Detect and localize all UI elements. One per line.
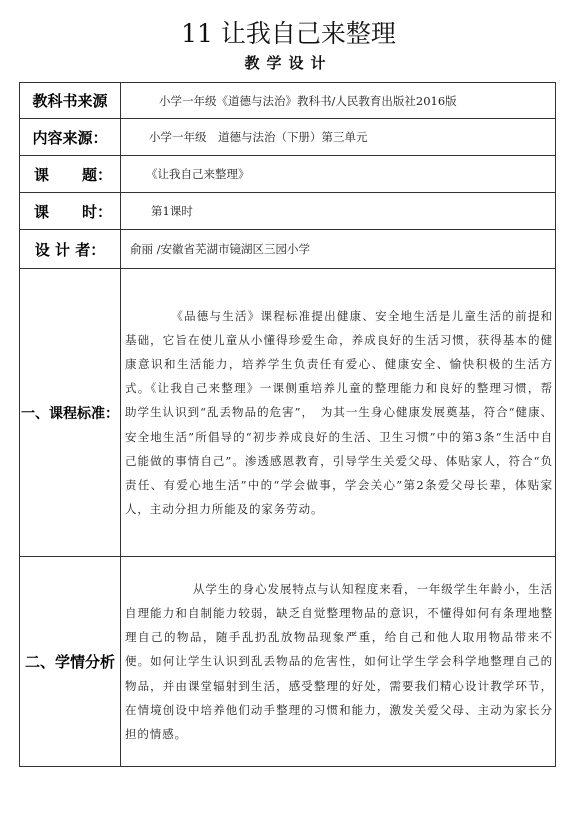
label-student-analysis: 二、学情分析 bbox=[20, 557, 121, 767]
row-content-source: 内容来源： 小学一年级 道德与法治（下册）第三单元 bbox=[20, 119, 556, 156]
label-content-source: 内容来源： bbox=[20, 119, 121, 156]
value-designer: 俞丽 /安徽省芜湖市镜湖区三园小学 bbox=[121, 230, 556, 269]
cell-student-analysis: 从学生的身心发展特点与认知程度来看，一年级学生年龄小，生活自理能力和自制能力较弱… bbox=[121, 557, 556, 767]
label-lesson-topic-right: 题： bbox=[82, 164, 112, 185]
paragraph-curriculum-standard: 《品德与生活》课程标准提出健康、安全地生活是儿童生活的前提和基础，它旨在使儿童从… bbox=[121, 304, 555, 522]
label-lesson-topic: 课 题： bbox=[20, 156, 121, 193]
label-lesson-topic-left: 课 bbox=[34, 164, 49, 185]
label-lesson-period: 课 时： bbox=[20, 193, 121, 230]
label-lesson-period-left: 课 bbox=[34, 201, 49, 222]
lesson-plan-table: 教科书来源 小学一年级《道德与法治》教科书/人民教育出版社2016版 内容来源：… bbox=[19, 82, 556, 767]
row-textbook-source: 教科书来源 小学一年级《道德与法治》教科书/人民教育出版社2016版 bbox=[20, 83, 556, 119]
row-lesson-period: 课 时： 第1课时 bbox=[20, 193, 556, 230]
document-subtitle: 教学设计 bbox=[0, 52, 577, 73]
text-curriculum-standard: 《品德与生活》课程标准提出健康、安全地生活是儿童生活的前提和基础，它旨在使儿童从… bbox=[125, 309, 553, 517]
label-textbook-source: 教科书来源 bbox=[20, 83, 121, 119]
row-curriculum-standard: 一、课程标准： 《品德与生活》课程标准提出健康、安全地生活是儿童生活的前提和基础… bbox=[20, 269, 556, 557]
row-designer: 设 计 者： 俞丽 /安徽省芜湖市镜湖区三园小学 bbox=[20, 230, 556, 269]
paragraph-student-analysis: 从学生的身心发展特点与认知程度来看，一年级学生年龄小，生活自理能力和自制能力较弱… bbox=[121, 577, 555, 746]
cell-curriculum-standard: 《品德与生活》课程标准提出健康、安全地生活是儿童生活的前提和基础，它旨在使儿童从… bbox=[121, 269, 556, 557]
row-student-analysis: 二、学情分析 从学生的身心发展特点与认知程度来看，一年级学生年龄小，生活自理能力… bbox=[20, 557, 556, 767]
value-content-source: 小学一年级 道德与法治（下册）第三单元 bbox=[121, 119, 556, 156]
label-designer: 设 计 者： bbox=[20, 230, 121, 269]
value-lesson-topic: 《让我自己来整理》 bbox=[121, 156, 556, 193]
row-lesson-topic: 课 题： 《让我自己来整理》 bbox=[20, 156, 556, 193]
label-curriculum-standard: 一、课程标准： bbox=[20, 269, 121, 557]
value-lesson-period: 第1课时 bbox=[121, 193, 556, 230]
value-textbook-source: 小学一年级《道德与法治》教科书/人民教育出版社2016版 bbox=[121, 83, 556, 119]
text-student-analysis: 从学生的身心发展特点与认知程度来看，一年级学生年龄小，生活自理能力和自制能力较弱… bbox=[125, 582, 553, 741]
label-lesson-period-right: 时： bbox=[82, 201, 112, 222]
document-title: 11 让我自己来整理 bbox=[0, 14, 577, 50]
